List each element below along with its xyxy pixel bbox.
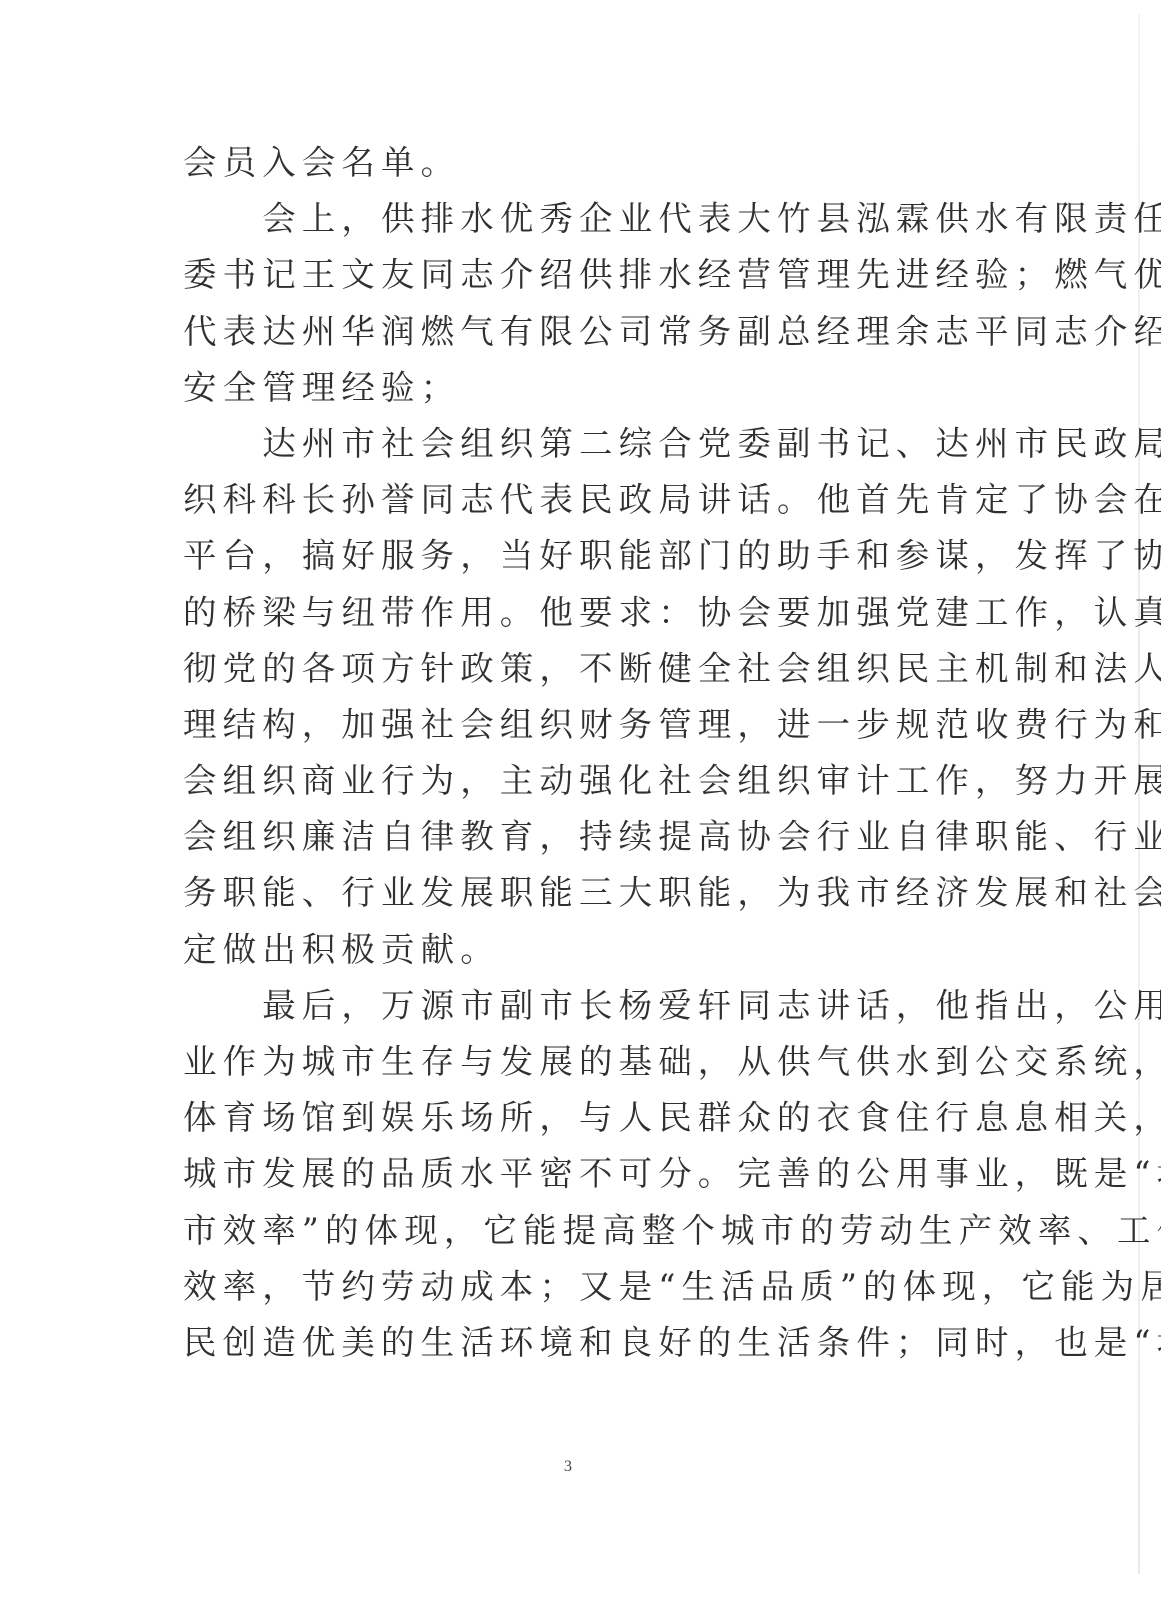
document-body: 会员入会名单。 会上，供排水优秀企业代表大竹县泓霖供水有限责任公司党 委书记王文… <box>183 141 963 1377</box>
text-line: 市效率”的体现，它能提高整个城市的劳动生产效率、工作 <box>183 1209 963 1265</box>
text-line: 体育场馆到娱乐场所，与人民群众的衣食住行息息相关，与 <box>183 1096 963 1152</box>
text-line: 效率，节约劳动成本；又是“生活品质”的体现，它能为居 <box>183 1265 963 1321</box>
text-line: 平台，搞好服务，当好职能部门的助手和参谋，发挥了协会 <box>183 534 963 590</box>
text-line: 的桥梁与纽带作用。他要求：协会要加强党建工作，认真贯 <box>183 591 963 647</box>
text-line: 最后，万源市副市长杨爱轩同志讲话，他指出，公用行 <box>183 984 963 1040</box>
text-line: 会组织商业行为，主动强化社会组织审计工作，努力开展社 <box>183 759 963 815</box>
text-line: 会员入会名单。 <box>183 141 963 197</box>
text-line: 城市发展的品质水平密不可分。完善的公用事业，既是“城 <box>183 1152 963 1208</box>
text-line: 民创造优美的生活环境和良好的生活条件；同时，也是“城 <box>183 1321 963 1377</box>
text-line: 代表达州华润燃气有限公司常务副总经理余志平同志介绍燃气 <box>183 310 963 366</box>
text-line: 理结构，加强社会组织财务管理，进一步规范收费行为和社 <box>183 703 963 759</box>
text-line: 委书记王文友同志介绍供排水经营管理先进经验；燃气优秀企业 <box>183 253 963 309</box>
text-line: 织科科长孙誉同志代表民政局讲话。他首先肯定了协会在搭建 <box>183 478 963 534</box>
text-line: 业作为城市生存与发展的基础，从供气供水到公交系统，从 <box>183 1040 963 1096</box>
text-line: 达州市社会组织第二综合党委副书记、达州市民政局社会组 <box>183 422 963 478</box>
page-number: 3 <box>564 1458 572 1476</box>
text-line: 会组织廉洁自律教育，持续提高协会行业自律职能、行业服 <box>183 815 963 871</box>
text-line: 安全管理经验； <box>183 366 963 422</box>
document-page: 会员入会名单。 会上，供排水优秀企业代表大竹县泓霖供水有限责任公司党 委书记王文… <box>0 0 1161 1598</box>
text-line: 定做出积极贡献。 <box>183 928 963 984</box>
text-line: 会上，供排水优秀企业代表大竹县泓霖供水有限责任公司党 <box>183 197 963 253</box>
text-line: 务职能、行业发展职能三大职能，为我市经济发展和社会稳 <box>183 871 963 927</box>
text-line: 彻党的各项方针政策，不断健全社会组织民主机制和法人治 <box>183 647 963 703</box>
